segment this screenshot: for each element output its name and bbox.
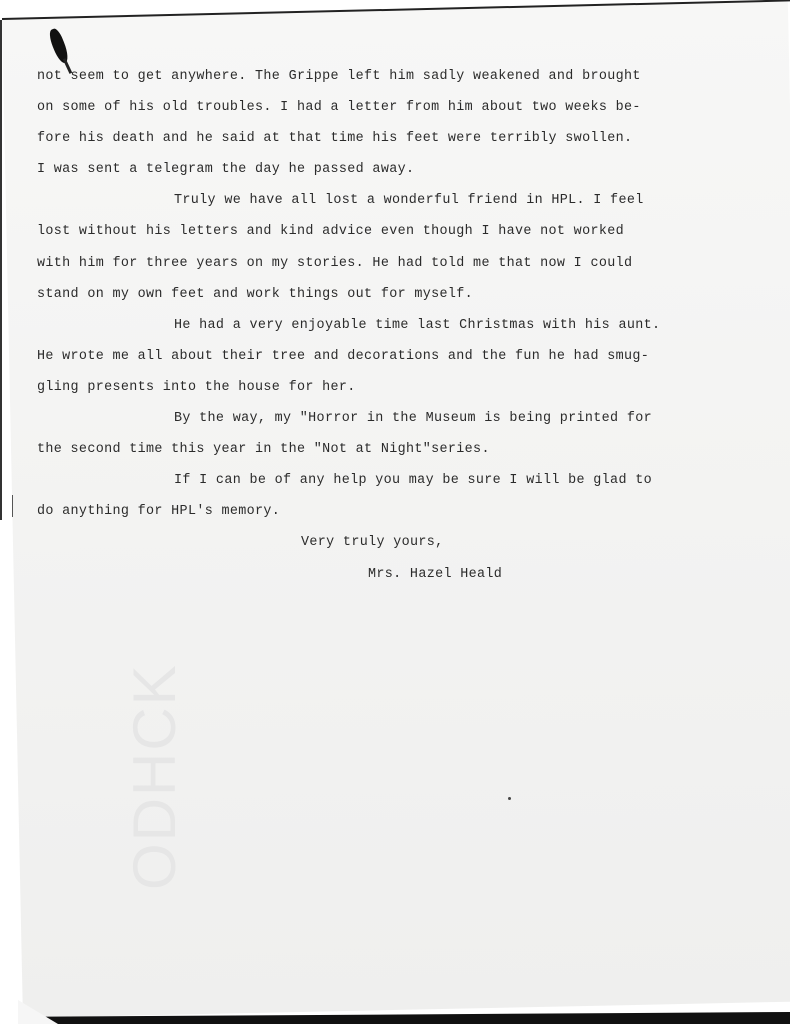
letter-line: not seem to get anywhere. The Grippe lef… <box>37 66 757 97</box>
letter-line: He had a very enjoyable time last Christ… <box>37 315 757 346</box>
faint-stamp-text: ODHCK <box>120 663 189 890</box>
letter-line: lost without his letters and kind advice… <box>37 221 757 252</box>
letter-line: stand on my own feet and work things out… <box>37 284 757 315</box>
letter-body: not seem to get anywhere. The Grippe lef… <box>37 66 757 595</box>
letter-line: on some of his old troubles. I had a let… <box>37 97 757 128</box>
letter-line: Truly we have all lost a wonderful frien… <box>37 190 757 221</box>
paper-left-mark <box>12 495 13 517</box>
letter-line: By the way, my "Horror in the Museum is … <box>37 408 757 439</box>
stray-ink-dot <box>508 797 511 800</box>
letter-line: gling presents into the house for her. <box>37 377 757 408</box>
letter-closing: Very truly yours, <box>37 532 757 563</box>
letter-line: the second time this year in the "Not at… <box>37 439 757 470</box>
letter-line: with him for three years on my stories. … <box>37 253 757 284</box>
letter-line: fore his death and he said at that time … <box>37 128 757 159</box>
letter-line: do anything for HPL's memory. <box>37 501 757 532</box>
letter-line: I was sent a telegram the day he passed … <box>37 159 757 190</box>
letter-line: He wrote me all about their tree and dec… <box>37 346 757 377</box>
letter-signature: Mrs. Hazel Heald <box>37 564 757 595</box>
paper-left-edge <box>0 20 2 520</box>
letter-line: If I can be of any help you may be sure … <box>37 470 757 501</box>
